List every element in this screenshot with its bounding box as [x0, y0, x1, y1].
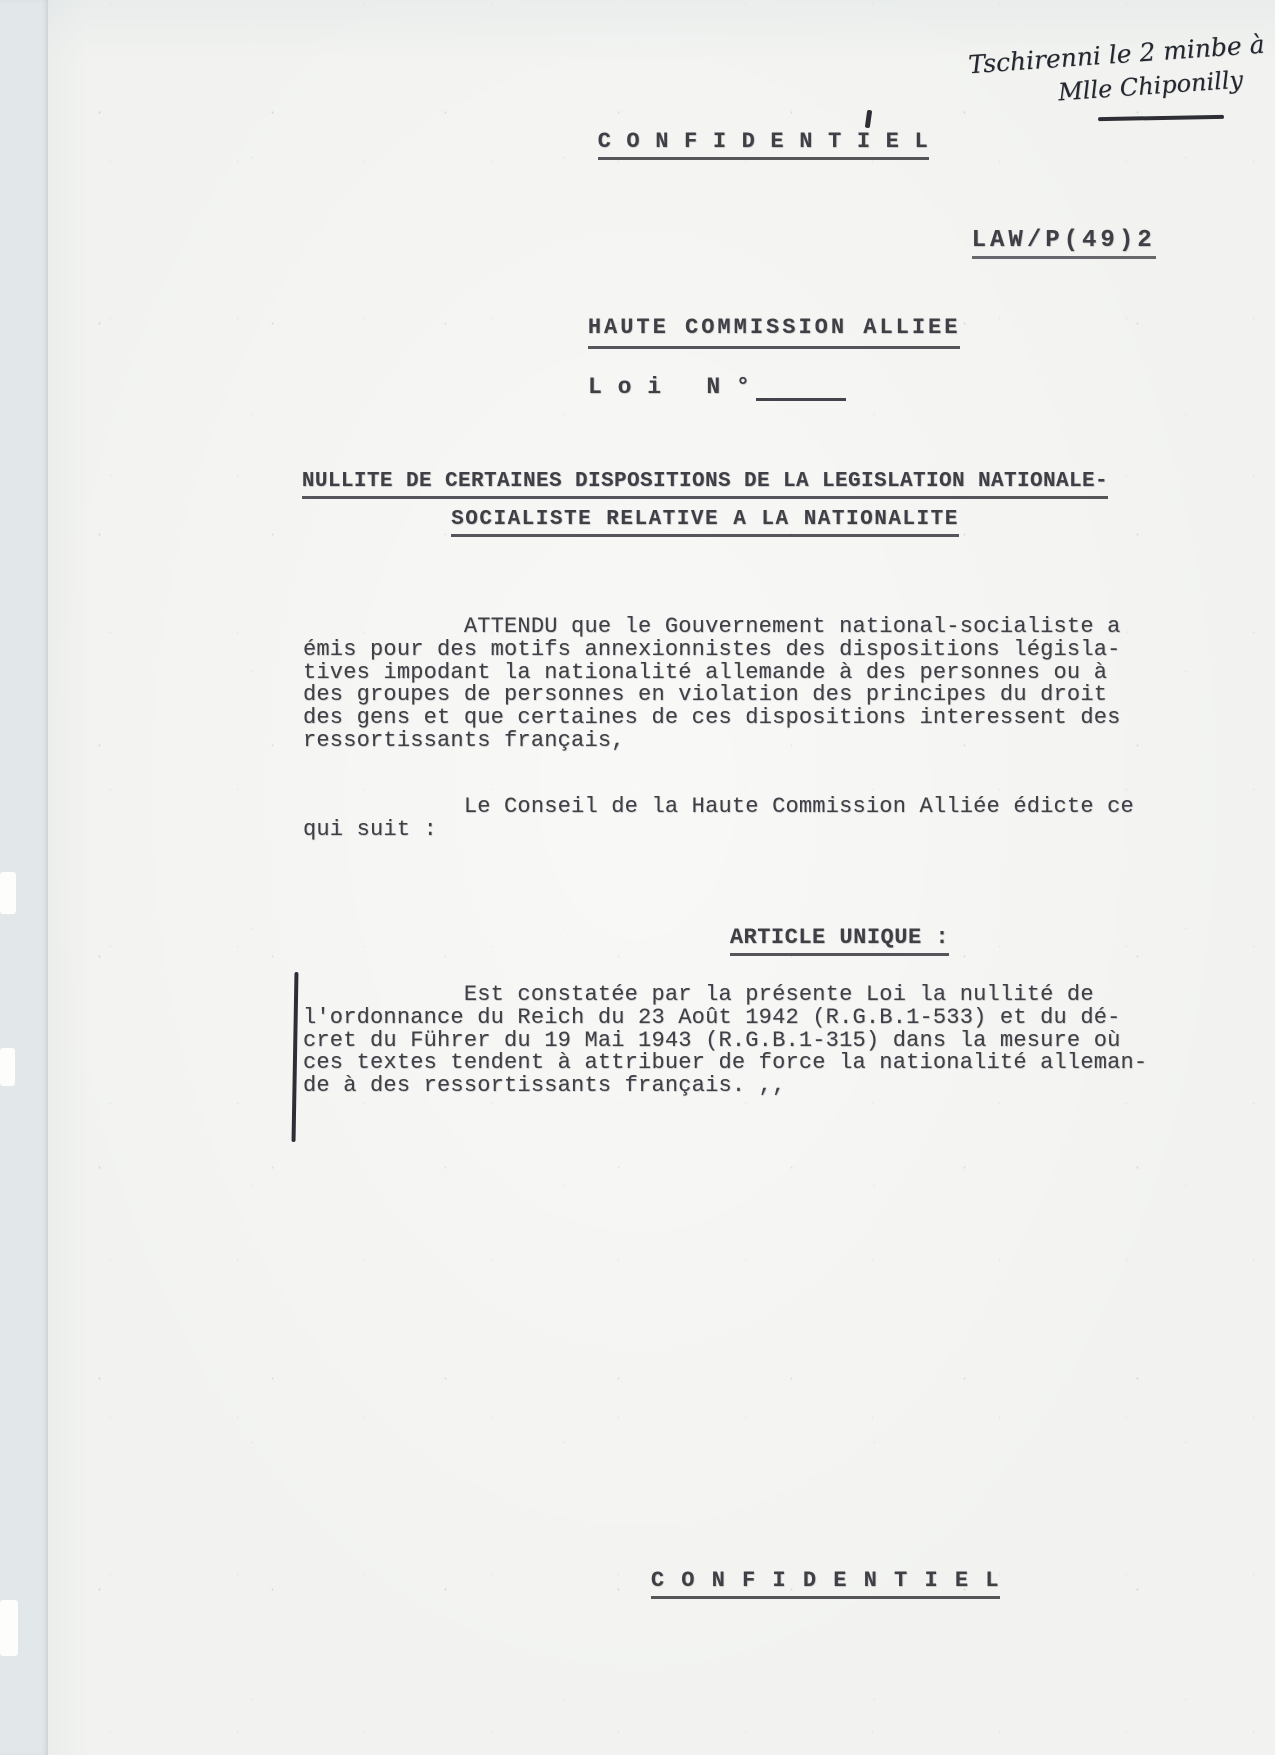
article-heading: ARTICLE UNIQUE : [675, 900, 949, 975]
article-heading-text: ARTICLE UNIQUE : [730, 925, 949, 956]
margin-pen-line [292, 972, 299, 1142]
reference-text: LAW/P(49)2 [972, 227, 1156, 259]
article-body-paragraph: Est constatée par la présente Loi la nul… [303, 984, 1147, 1098]
paper-edge-notch [0, 872, 16, 914]
document-title-line1-wrap: NULLITE DE CERTAINES DISPOSITIONS DE LA … [290, 470, 1120, 493]
law-number-blank [756, 398, 846, 401]
law-number-label: L o i N ° [588, 374, 751, 400]
paper-edge-notch [0, 1048, 15, 1086]
document-title-line2: SOCIALISTE RELATIVE A LA NATIONALITE [451, 508, 959, 537]
classification-banner-top: C O N F I D E N T I E L [540, 104, 929, 179]
handwritten-note-line2: Mlle Chiponilly [1057, 66, 1244, 107]
enactment-clause: Le Conseil de la Haute Commission Alliée… [303, 796, 1134, 842]
document-reference: LAW/P(49)2 [898, 200, 1156, 281]
document-title-line2-wrap: SOCIALISTE RELATIVE A LA NATIONALITE [290, 508, 1120, 531]
scanned-document-page: Tschirenni le 2 minbe à Mlle Chiponilly … [0, 0, 1275, 1755]
organization-text: HAUTE COMMISSION ALLIEE [588, 315, 961, 349]
classification-bottom-text: C O N F I D E N T I E L [651, 1568, 1001, 1599]
preamble-paragraph: ATTENDU que le Gouvernement national-soc… [303, 616, 1121, 753]
document-title-line1: NULLITE DE CERTAINES DISPOSITIONS DE LA … [302, 470, 1108, 499]
handwritten-underline [1098, 115, 1224, 121]
paper-edge-notch [0, 1600, 18, 1656]
organization-heading: HAUTE COMMISSION ALLIEE [523, 290, 960, 365]
classification-banner-bottom: C O N F I D E N T I E L [590, 1543, 1000, 1618]
classification-top-text: C O N F I D E N T I E L [598, 129, 929, 160]
